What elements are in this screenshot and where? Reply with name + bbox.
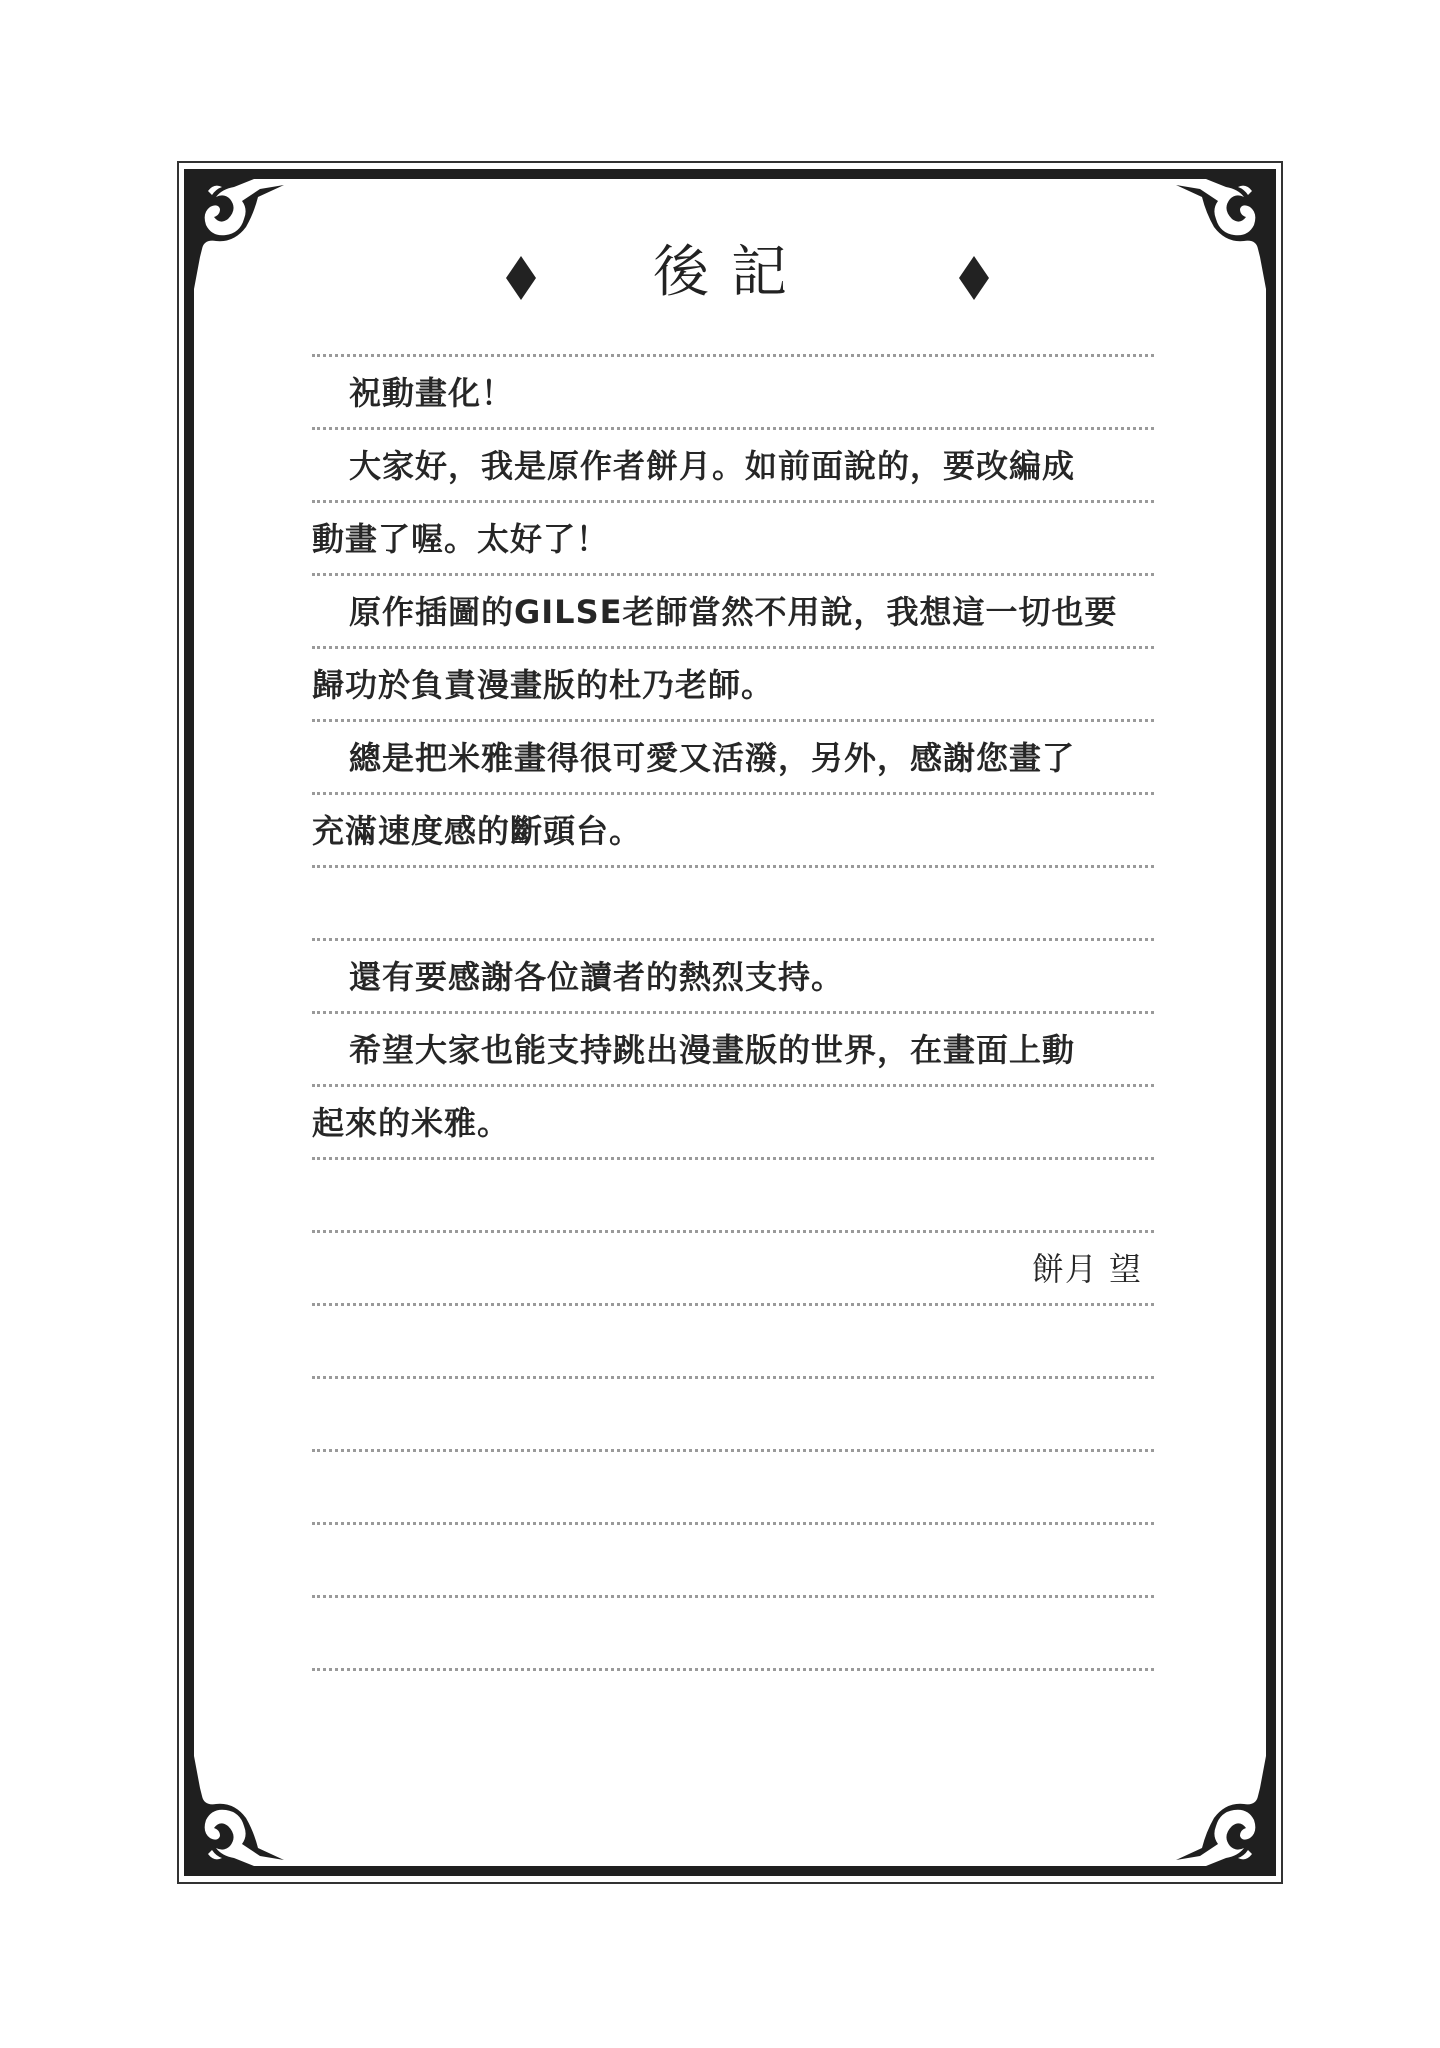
page-title: 後記 <box>0 238 1440 308</box>
ruled-line <box>312 1449 1154 1452</box>
text-line: 歸功於負責漫畫版的杜乃老師。 <box>312 649 1154 722</box>
diamond-icon <box>959 256 989 300</box>
text-line-empty <box>312 868 1154 941</box>
text-line: 大家好，我是原作者餅月。如前面說的，要改編成 <box>312 430 1154 503</box>
ruled-line <box>312 1376 1154 1379</box>
text-line: 希望大家也能支持跳出漫畫版的世界，在畫面上動 <box>312 1014 1154 1087</box>
author-signature: 餅月 望 <box>312 1233 1154 1306</box>
text-line-empty <box>312 1160 1154 1233</box>
text-line: 原作插圖的GILSE老師當然不用說，我想這一切也要 <box>312 576 1154 649</box>
ruled-line <box>312 1595 1154 1598</box>
corner-ornament-icon <box>1156 1756 1266 1866</box>
text-line: 總是把米雅畫得很可愛又活潑，另外，感謝您畫了 <box>312 722 1154 795</box>
ruled-line <box>312 1668 1154 1671</box>
text-line: 起來的米雅。 <box>312 1087 1154 1160</box>
ruled-line <box>312 1522 1154 1525</box>
corner-ornament-icon <box>194 1756 304 1866</box>
text-line: 還有要感謝各位讀者的熱烈支持。 <box>312 941 1154 1014</box>
text-line: 祝動畫化！ <box>312 357 1154 430</box>
text-line: 充滿速度感的斷頭台。 <box>312 795 1154 868</box>
text-line: 動畫了喔。太好了！ <box>312 503 1154 576</box>
title-row: 後記 <box>0 238 1440 308</box>
